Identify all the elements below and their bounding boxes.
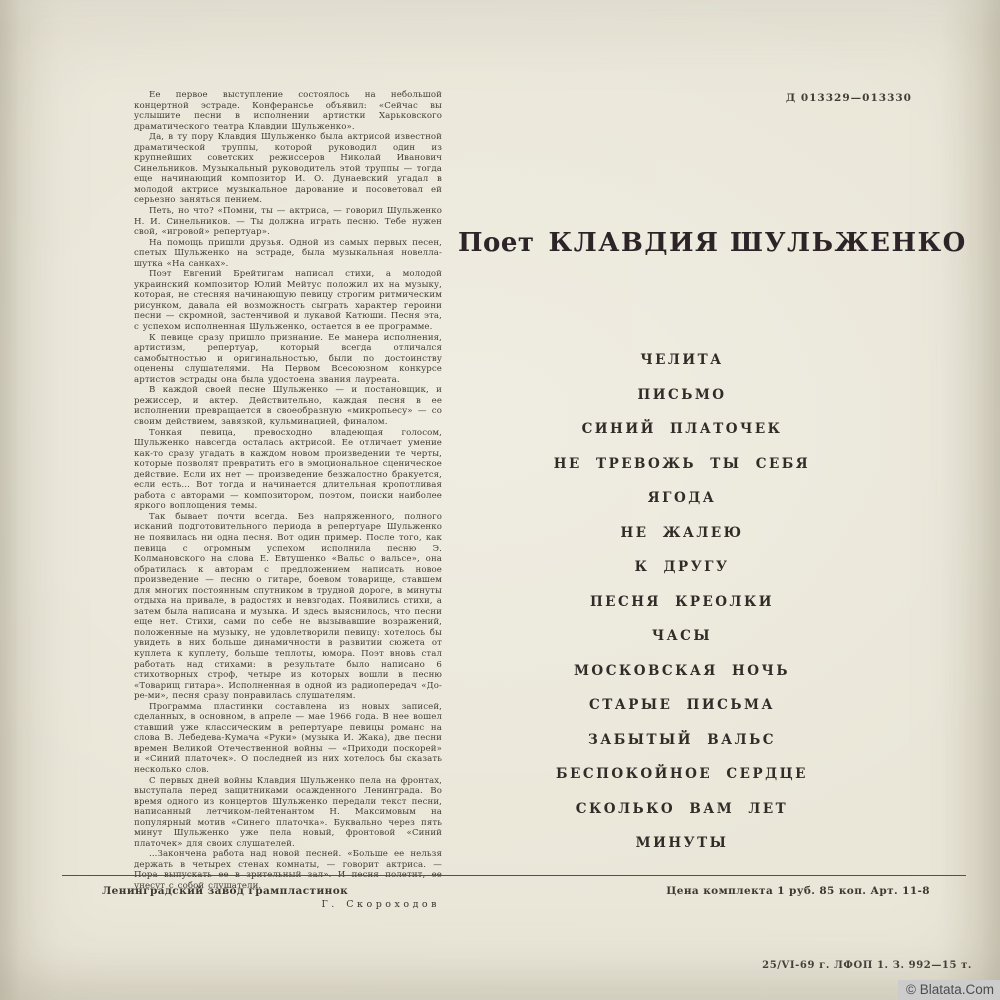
album-title-artist: КЛАВДИЯ ШУЛЬЖЕНКО bbox=[549, 228, 967, 258]
watermark-label: © Blatata.Com bbox=[898, 980, 1000, 1000]
track-item: ЧАСЫ bbox=[462, 628, 902, 642]
liner-notes-column: Ее первое выступление состоялось на небо… bbox=[134, 90, 442, 910]
liner-notes-paragraph: Петь, но что? «Помни, ты — актриса, — го… bbox=[134, 206, 442, 238]
liner-notes-paragraph: Ее первое выступление состоялось на небо… bbox=[134, 90, 442, 132]
liner-notes-paragraph: Да, в ту пору Клавдия Шульженко была акт… bbox=[134, 132, 442, 206]
print-info-label: 25/VI-69 г. ЛФОП 1. З. 992—15 т. bbox=[762, 960, 972, 971]
track-item: СКОЛЬКО ВАМ ЛЕТ bbox=[462, 801, 902, 815]
liner-notes-paragraph: С первых дней войны Клавдия Шульженко пе… bbox=[134, 776, 442, 850]
track-item: МИНУТЫ bbox=[462, 835, 902, 849]
track-item: ЗАБЫТЫЙ ВАЛЬС bbox=[462, 732, 902, 746]
track-list: ЧЕЛИТАПИСЬМОСИНИЙ ПЛАТОЧЕКНЕ ТРЕВОЖЬ ТЫ … bbox=[462, 352, 902, 870]
record-sleeve-back: Д 013329—013330 Ее первое выступление со… bbox=[0, 0, 1000, 1000]
price-label: Цена комплекта 1 руб. 85 коп. Арт. 11-8 bbox=[666, 885, 930, 897]
catalog-number: Д 013329—013330 bbox=[786, 92, 912, 104]
liner-notes-paragraph: Программа пластинки составлена из новых … bbox=[134, 702, 442, 776]
liner-notes-paragraph: Так бывает почти всегда. Без напряженног… bbox=[134, 512, 442, 702]
album-title-prefix: Поет bbox=[458, 228, 535, 258]
track-item: ЧЕЛИТА bbox=[462, 352, 902, 366]
track-item: ПЕСНЯ КРЕОЛКИ bbox=[462, 594, 902, 608]
track-item: ПИСЬМО bbox=[462, 387, 902, 401]
track-item: ЯГОДА bbox=[462, 490, 902, 504]
liner-notes-paragraph: В каждой своей песне Шульженко — и поста… bbox=[134, 385, 442, 427]
track-item: СТАРЫЕ ПИСЬМА bbox=[462, 697, 902, 711]
track-item: СИНИЙ ПЛАТОЧЕК bbox=[462, 421, 902, 435]
track-item: МОСКОВСКАЯ НОЧЬ bbox=[462, 663, 902, 677]
track-item: БЕСПОКОЙНОЕ СЕРДЦЕ bbox=[462, 766, 902, 780]
track-item: НЕ ТРЕВОЖЬ ТЫ СЕБЯ bbox=[462, 456, 902, 470]
album-title: ПоетКЛАВДИЯ ШУЛЬЖЕНКО bbox=[458, 228, 910, 258]
liner-notes-paragraph: Тонкая певица, превосходно владеющая гол… bbox=[134, 428, 442, 512]
track-item: К ДРУГУ bbox=[462, 559, 902, 573]
track-item: НЕ ЖАЛЕЮ bbox=[462, 525, 902, 539]
liner-notes-paragraph: На помощь пришли друзья. Одной из самых … bbox=[134, 238, 442, 270]
liner-notes-paragraphs: Ее первое выступление состоялось на небо… bbox=[134, 90, 442, 892]
manufacturer-label: Ленинградский завод грампластинок bbox=[102, 885, 348, 897]
footer-divider bbox=[62, 875, 966, 876]
liner-notes-paragraph: К певице сразу пришло признание. Ее мане… bbox=[134, 333, 442, 386]
author-signature: Г. Скороходов bbox=[134, 900, 442, 911]
liner-notes-paragraph: Поэт Евгений Брейтигам написал стихи, а … bbox=[134, 269, 442, 332]
